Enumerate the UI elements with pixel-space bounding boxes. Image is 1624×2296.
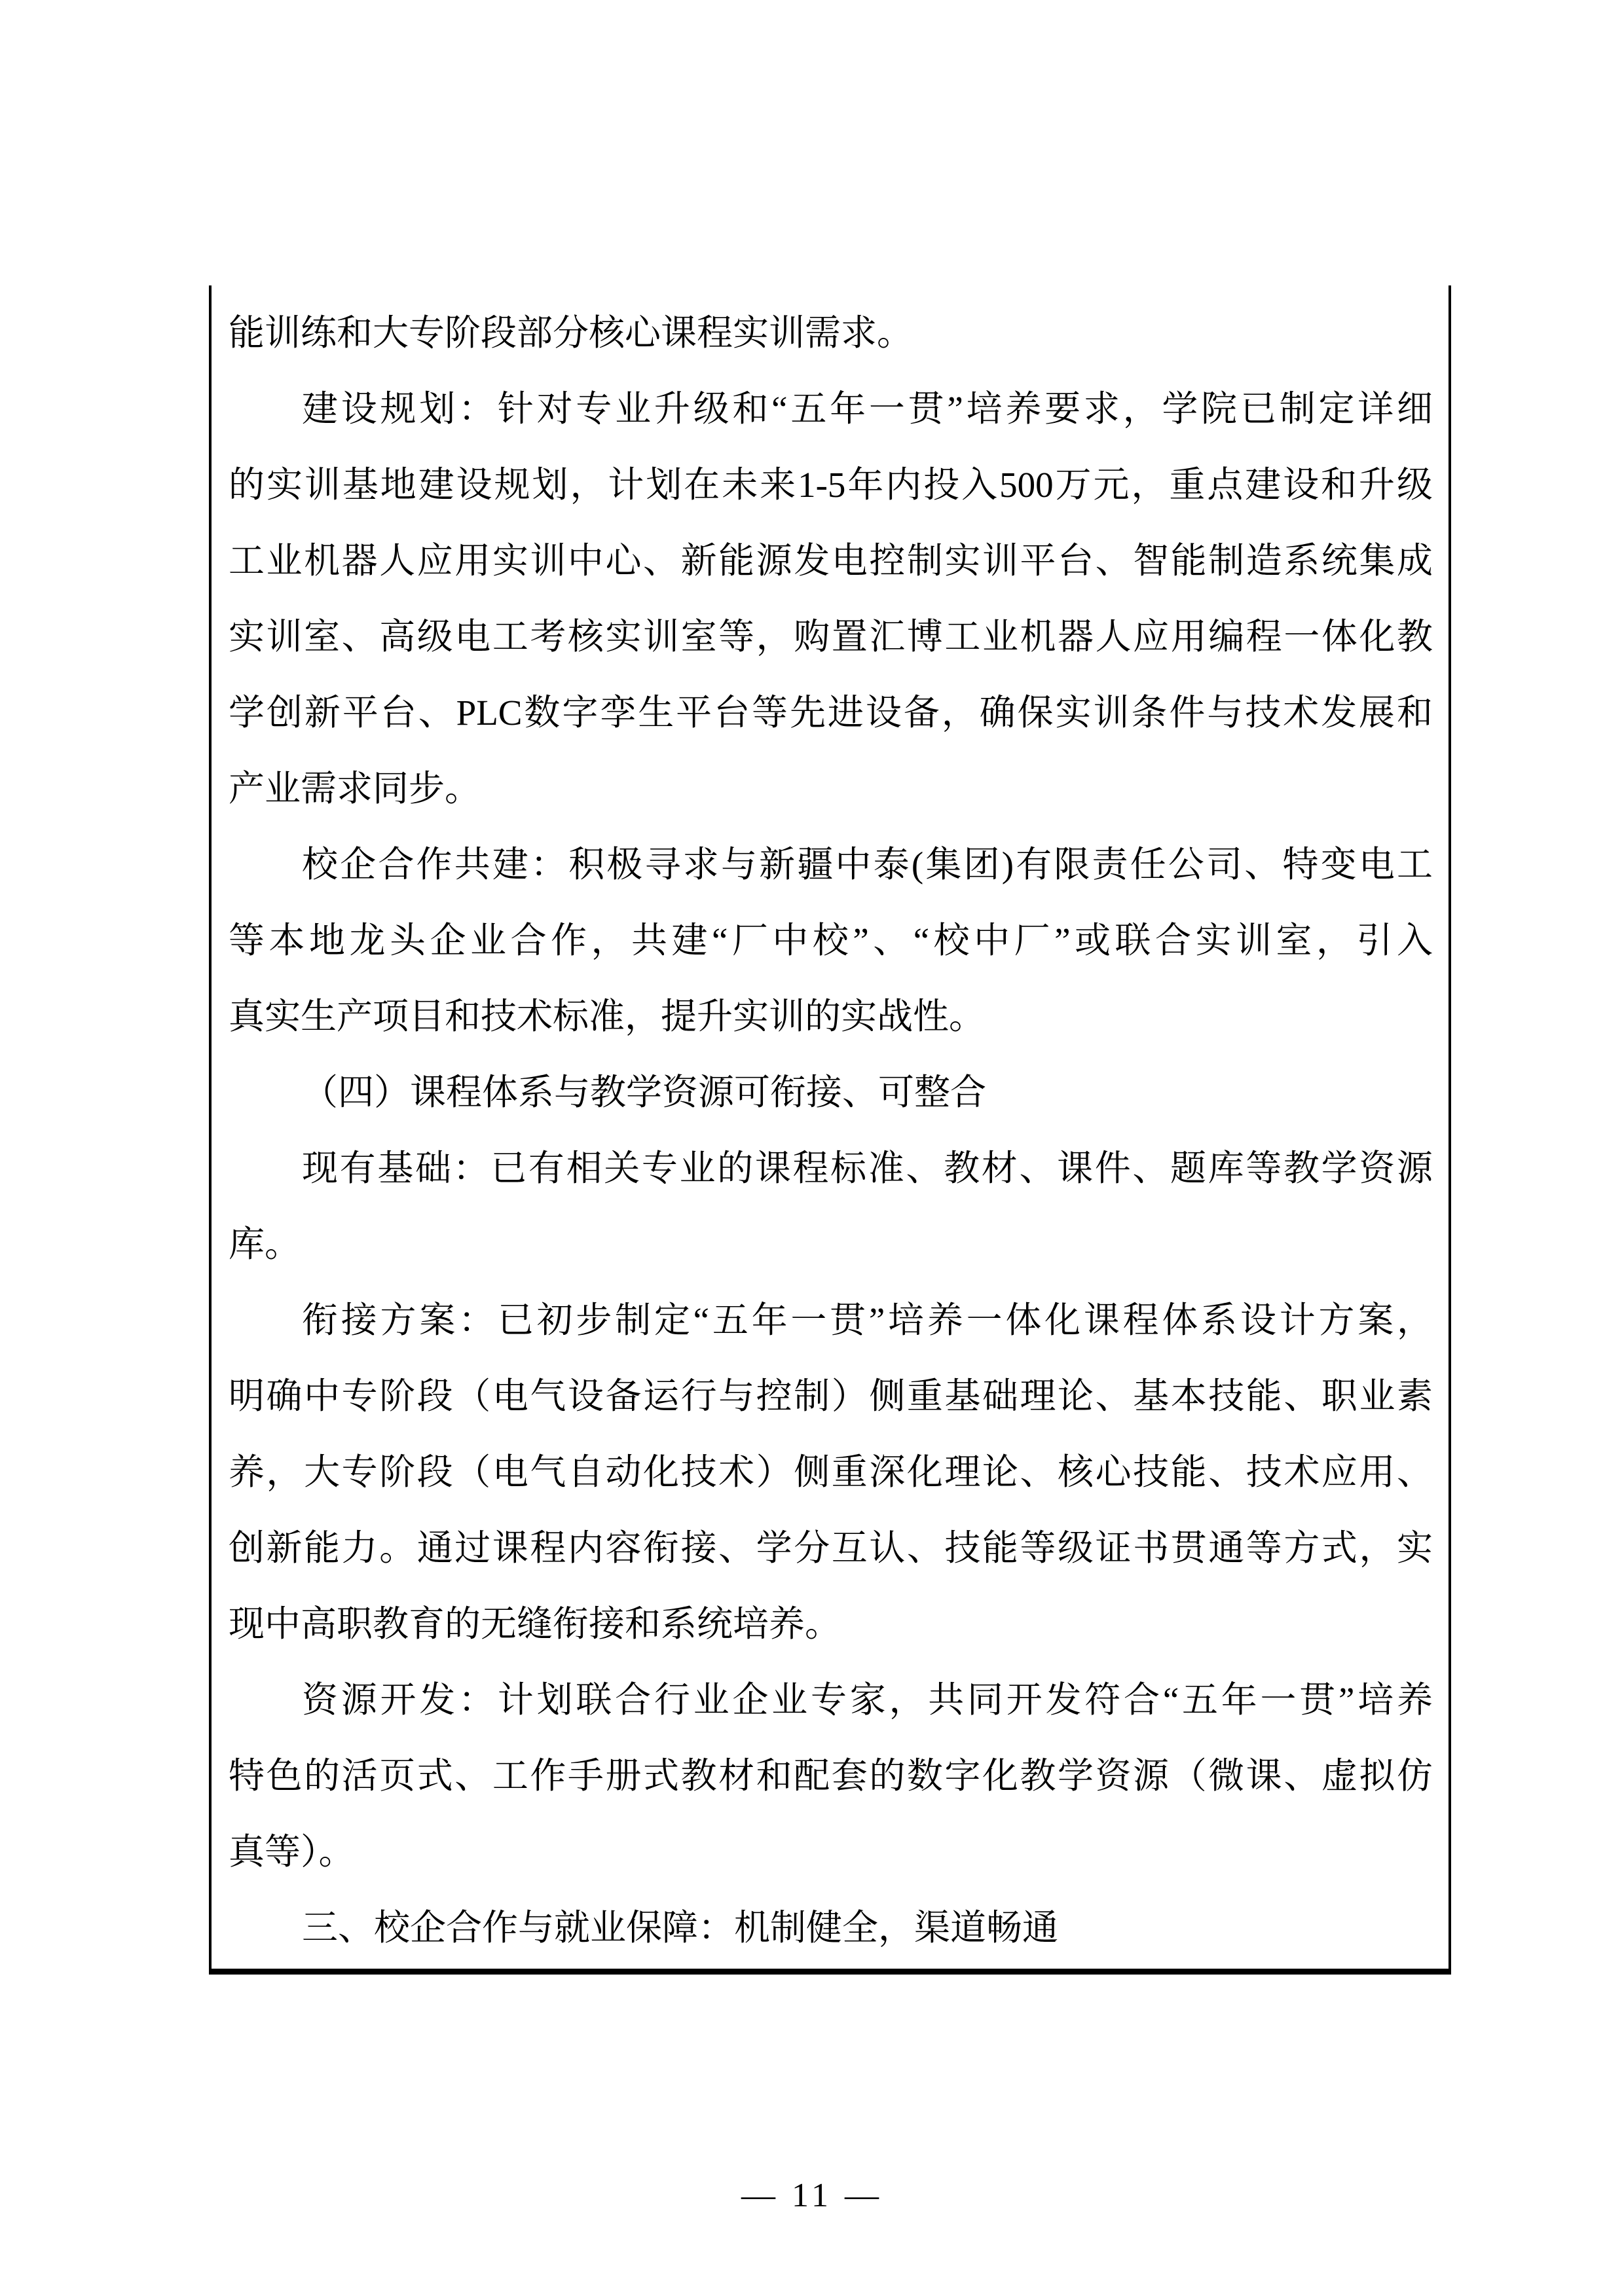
page-number: — 11 — <box>0 2175 1624 2217</box>
text-line: 的实训基地建设规划，计划在未来1-5年内投入500万元，重点建设和升级 <box>229 447 1433 523</box>
text-line: 真等）。 <box>229 1814 1433 1890</box>
text-line: 等本地龙头企业合作，共建“厂中校”、“校中厂”或联合实训室，引入 <box>229 903 1433 979</box>
text-line: 三、校企合作与就业保障：机制健全，渠道畅通 <box>229 1890 1433 1966</box>
text-line: 特色的活页式、工作手册式教材和配套的数字化教学资源（微课、虚拟仿 <box>229 1738 1433 1814</box>
text-line: 真实生产项目和技术标准，提升实训的实战性。 <box>229 979 1433 1055</box>
text-line: 养，大专阶段（电气自动化技术）侧重深化理论、核心技能、技术应用、 <box>229 1434 1433 1510</box>
text-line: 资源开发：计划联合行业企业专家，共同开发符合“五年一贯”培养 <box>229 1662 1433 1738</box>
document-page: 能训练和大专阶段部分核心课程实训需求。建设规划：针对专业升级和“五年一贯”培养要… <box>0 0 1624 2296</box>
text-line: 现有基础：已有相关专业的课程标准、教材、课件、题库等教学资源 <box>229 1131 1433 1207</box>
text-line: 工业机器人应用实训中心、新能源发电控制实训平台、智能制造系统集成 <box>229 523 1433 599</box>
body-text: 能训练和大专阶段部分核心课程实训需求。建设规划：针对专业升级和“五年一贯”培养要… <box>229 295 1433 1966</box>
text-line: 现中高职教育的无缝衔接和系统培养。 <box>229 1586 1433 1662</box>
text-line: （四）课程体系与教学资源可衔接、可整合 <box>229 1055 1433 1131</box>
text-line: 实训室、高级电工考核实训室等，购置汇博工业机器人应用编程一体化教 <box>229 599 1433 675</box>
text-line: 明确中专阶段（电气设备运行与控制）侧重基础理论、基本技能、职业素 <box>229 1358 1433 1434</box>
text-line: 库。 <box>229 1207 1433 1283</box>
text-line: 建设规划：针对专业升级和“五年一贯”培养要求，学院已制定详细 <box>229 371 1433 447</box>
text-line: 产业需求同步。 <box>229 751 1433 827</box>
table-cell-border: 能训练和大专阶段部分核心课程实训需求。建设规划：针对专业升级和“五年一贯”培养要… <box>209 285 1451 1975</box>
text-line: 能训练和大专阶段部分核心课程实训需求。 <box>229 295 1433 371</box>
text-line: 创新能力。通过课程内容衔接、学分互认、技能等级证书贯通等方式，实 <box>229 1510 1433 1586</box>
text-line: 学创新平台、PLC数字孪生平台等先进设备，确保实训条件与技术发展和 <box>229 675 1433 751</box>
text-line: 衔接方案：已初步制定“五年一贯”培养一体化课程体系设计方案， <box>229 1283 1433 1358</box>
text-line: 校企合作共建：积极寻求与新疆中泰(集团)有限责任公司、特变电工 <box>229 827 1433 903</box>
